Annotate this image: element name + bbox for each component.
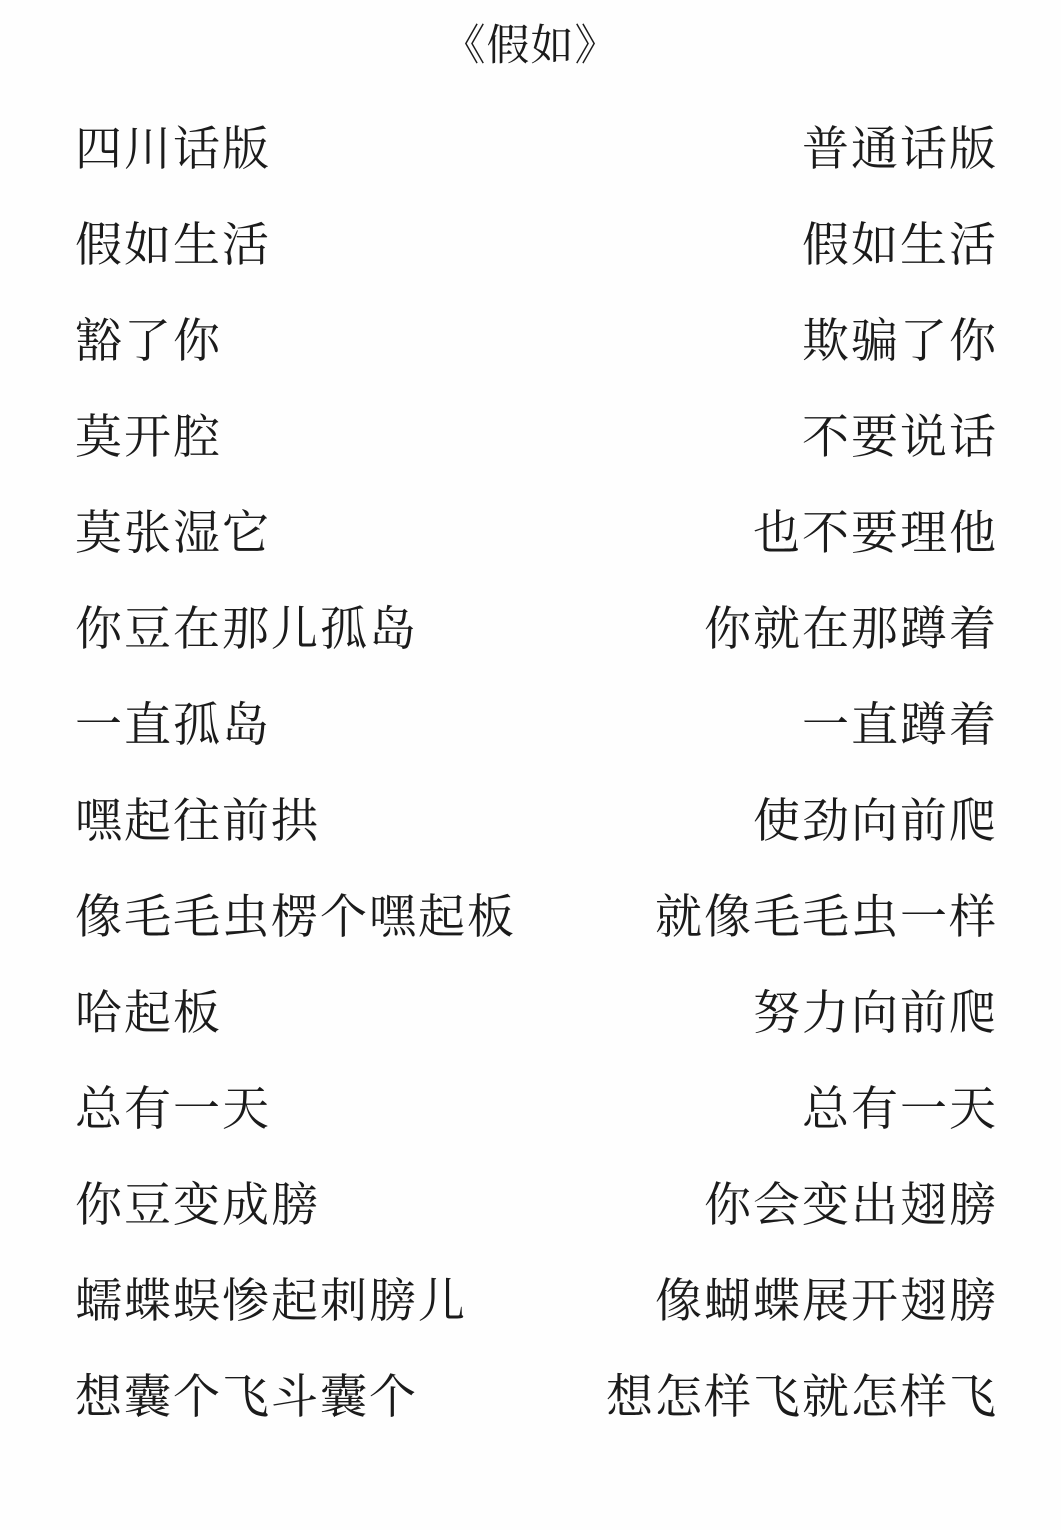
mandarin-line: 你会变出翅膀 <box>704 1168 998 1235</box>
sichuan-line: 你豆变成膀 <box>75 1168 320 1235</box>
sichuan-line: 豁了你 <box>75 304 222 371</box>
poem-line: 莫开腔 不要说话 <box>75 385 998 481</box>
mandarin-line: 使劲向前爬 <box>753 784 998 851</box>
sichuan-line: 总有一天 <box>75 1072 271 1139</box>
mandarin-line: 假如生活 <box>802 208 998 275</box>
sichuan-line: 莫张湿它 <box>75 496 271 563</box>
poem-line: 蠕蝶蜈惨起刺膀儿 像蝴蝶展开翅膀 <box>75 1249 998 1345</box>
mandarin-line: 努力向前爬 <box>753 976 998 1043</box>
sichuan-line: 假如生活 <box>75 208 271 275</box>
poem-line: 像毛毛虫楞个嘿起板 就像毛毛虫一样 <box>75 865 998 961</box>
poem-line: 假如生活 假如生活 <box>75 193 998 289</box>
mandarin-line: 也不要理他 <box>753 496 998 563</box>
poem-line: 你豆在那儿孤岛 你就在那蹲着 <box>75 577 998 673</box>
sichuan-line: 一直孤岛 <box>75 688 271 755</box>
sichuan-line: 想囊个飞斗囊个 <box>75 1360 418 1427</box>
mandarin-line: 想怎样飞就怎样飞 <box>606 1360 998 1427</box>
poem-body: 四川话版 普通话版 假如生活 假如生活 豁了你 欺骗了你 莫开腔 不要说话 莫张… <box>0 97 1061 1441</box>
poem-line: 你豆变成膀 你会变出翅膀 <box>75 1153 998 1249</box>
sichuan-line: 莫开腔 <box>75 400 222 467</box>
mandarin-line: 不要说话 <box>802 400 998 467</box>
mandarin-line: 总有一天 <box>802 1072 998 1139</box>
poem-line: 哈起板 努力向前爬 <box>75 961 998 1057</box>
mandarin-version-label: 普通话版 <box>802 112 998 179</box>
mandarin-line: 像蝴蝶展开翅膀 <box>655 1264 998 1331</box>
poem-line: 嘿起往前拱 使劲向前爬 <box>75 769 998 865</box>
sichuan-line: 蠕蝶蜈惨起刺膀儿 <box>75 1264 467 1331</box>
version-header-row: 四川话版 普通话版 <box>75 97 998 193</box>
mandarin-line: 一直蹲着 <box>802 688 998 755</box>
mandarin-line: 就像毛毛虫一样 <box>655 880 998 947</box>
poem-line: 想囊个飞斗囊个 想怎样飞就怎样飞 <box>75 1345 998 1441</box>
sichuan-line: 哈起板 <box>75 976 222 1043</box>
poem-page: 《假如》 四川话版 普通话版 假如生活 假如生活 豁了你 欺骗了你 莫开腔 不要… <box>0 0 1061 1530</box>
poem-line: 莫张湿它 也不要理他 <box>75 481 998 577</box>
mandarin-line: 欺骗了你 <box>802 304 998 371</box>
sichuan-line: 像毛毛虫楞个嘿起板 <box>75 880 516 947</box>
page-title: 《假如》 <box>0 0 1061 72</box>
poem-line: 一直孤岛 一直蹲着 <box>75 673 998 769</box>
sichuan-line: 嘿起往前拱 <box>75 784 320 851</box>
mandarin-line: 你就在那蹲着 <box>704 592 998 659</box>
sichuan-version-label: 四川话版 <box>75 112 271 179</box>
poem-line: 豁了你 欺骗了你 <box>75 289 998 385</box>
poem-line: 总有一天 总有一天 <box>75 1057 998 1153</box>
sichuan-line: 你豆在那儿孤岛 <box>75 592 418 659</box>
